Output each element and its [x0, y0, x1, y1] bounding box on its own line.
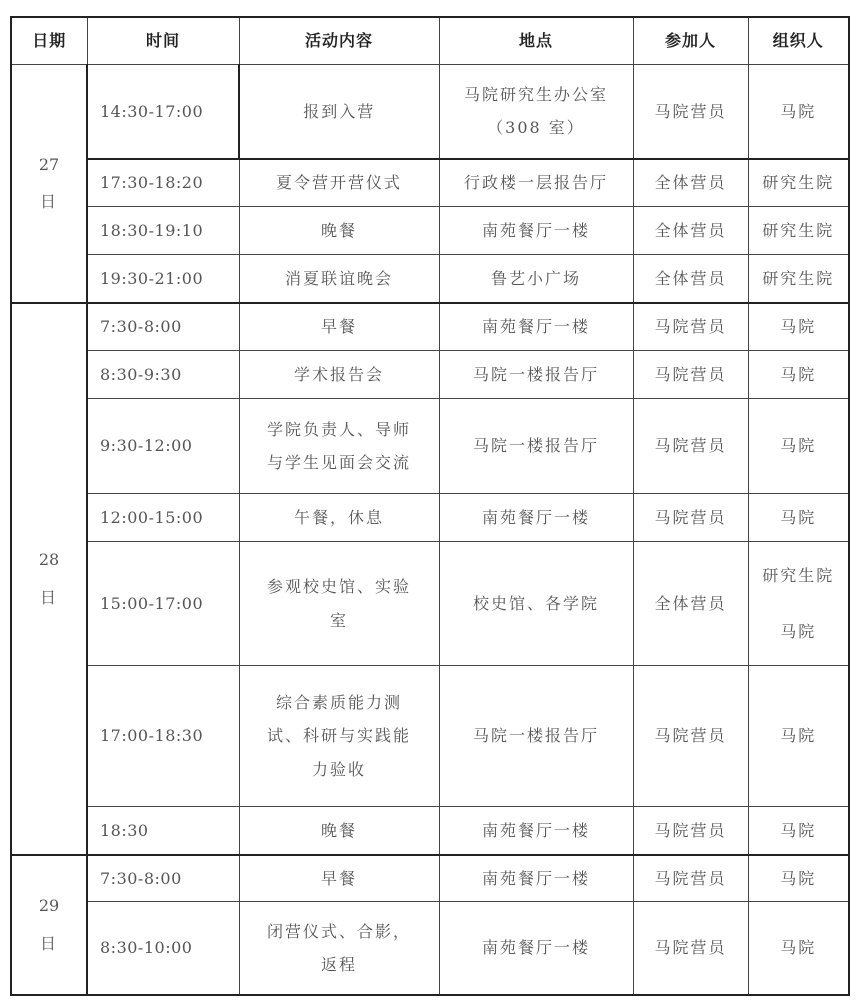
date-cell-28: 28 日: [11, 303, 87, 855]
activity-line: 报到入营: [240, 102, 439, 121]
date-unit: 日: [12, 588, 86, 607]
activity-cell: 学术报告会: [239, 351, 439, 399]
table-row: 29 日 7:30-8:00 早餐 南苑餐厅一楼 马院营员 马院: [11, 855, 849, 902]
time-cell: 18:30-19:10: [87, 207, 239, 255]
date-unit: 日: [12, 192, 86, 211]
participants-cell: 马院营员: [633, 807, 748, 855]
location-cell: 南苑餐厅一楼: [439, 303, 633, 351]
time-cell: 17:00-18:30: [87, 666, 239, 807]
location-cell: 马院一楼报告厅: [439, 666, 633, 807]
organizer-cell: 研究生院: [748, 159, 849, 207]
activity-cell: 早餐: [239, 855, 439, 902]
time-cell: 14:30-17:00: [87, 65, 239, 159]
location-cell: 行政楼一层报告厅: [439, 159, 633, 207]
table-row: 15:00-17:00 参观校史馆、实验室 校史馆、各学院 全体营员 研究生院马…: [11, 542, 849, 666]
date-number: 29: [12, 896, 86, 915]
date-cell-29: 29 日: [11, 855, 87, 995]
table-row: 19:30-21:00 消夏联谊晚会 鲁艺小广场 全体营员 研究生院: [11, 255, 849, 303]
participants-cell: 全体营员: [633, 542, 748, 666]
location-cell: 南苑餐厅一楼: [439, 494, 633, 542]
time-cell: 19:30-21:00: [87, 255, 239, 303]
table-row: 17:00-18:30 综合素质能力测试、科研与实践能力验收 马院一楼报告厅 马…: [11, 666, 849, 807]
activity-cell: 晚餐: [239, 807, 439, 855]
date-number: 27: [12, 155, 86, 174]
time-cell: 18:30: [87, 807, 239, 855]
organizer-cell: 马院: [748, 807, 849, 855]
participants-cell: 全体营员: [633, 255, 748, 303]
time-cell: 7:30-8:00: [87, 303, 239, 351]
participants-cell: 马院营员: [633, 902, 748, 995]
table-row: 27 日 14:30-17:00 报到入营 马院研究生办公室（308 室） 马院…: [11, 65, 849, 159]
time-cell: 7:30-8:00: [87, 855, 239, 902]
activity-cell: 闭营仪式、合影，返程: [239, 902, 439, 995]
time-cell: 9:30-12:00: [87, 399, 239, 494]
location-cell: 南苑餐厅一楼: [439, 855, 633, 902]
participants-cell: 马院营员: [633, 494, 748, 542]
organizer-cell: 马院: [748, 855, 849, 902]
table-row: 8:30-9:30 学术报告会 马院一楼报告厅 马院营员 马院: [11, 351, 849, 399]
organizer-cell: 马院: [748, 65, 849, 159]
organizer-cell: 马院: [748, 303, 849, 351]
organizer-line: 研究生院: [749, 566, 849, 585]
table-row: 18:30-19:10 晚餐 南苑餐厅一楼 全体营员 研究生院: [11, 207, 849, 255]
table-row: 17:30-18:20 夏令营开营仪式 行政楼一层报告厅 全体营员 研究生院: [11, 159, 849, 207]
header-row: 日期 时间 活动内容 地点 参加人 组织人: [11, 17, 849, 65]
location-cell: 南苑餐厅一楼: [439, 902, 633, 995]
organizer-cell: 马院: [748, 399, 849, 494]
activity-line: 与学生见面会交流: [240, 453, 439, 472]
activity-cell: 早餐: [239, 303, 439, 351]
location-cell: 马院一楼报告厅: [439, 399, 633, 494]
participants-cell: 马院营员: [633, 666, 748, 807]
activity-line: 闭营仪式、合影，: [240, 922, 439, 941]
activity-cell: 参观校史馆、实验室: [239, 542, 439, 666]
organizer-cell: 马院: [748, 351, 849, 399]
table-row: 8:30-10:00 闭营仪式、合影，返程 南苑餐厅一楼 马院营员 马院: [11, 902, 849, 995]
participants-cell: 马院营员: [633, 303, 748, 351]
date-unit: 日: [12, 934, 86, 953]
table-row: 28 日 7:30-8:00 早餐 南苑餐厅一楼 马院营员 马院: [11, 303, 849, 351]
header-organizer: 组织人: [748, 17, 849, 65]
participants-cell: 马院营员: [633, 65, 748, 159]
activity-cell: 晚餐: [239, 207, 439, 255]
organizer-cell: 研究生院: [748, 255, 849, 303]
header-activity: 活动内容: [239, 17, 439, 65]
organizer-cell: 马院: [748, 494, 849, 542]
location-cell: 马院一楼报告厅: [439, 351, 633, 399]
activity-line: 参观校史馆、实验: [240, 577, 439, 596]
time-cell: 8:30-9:30: [87, 351, 239, 399]
time-cell: 8:30-10:00: [87, 902, 239, 995]
organizer-cell: 马院: [748, 902, 849, 995]
header-time: 时间: [87, 17, 239, 65]
participants-cell: 全体营员: [633, 159, 748, 207]
activity-cell: 报到入营: [239, 65, 439, 159]
activity-cell: 消夏联谊晚会: [239, 255, 439, 303]
location-cell: 校史馆、各学院: [439, 542, 633, 666]
table-row: 12:00-15:00 午餐，休息 南苑餐厅一楼 马院营员 马院: [11, 494, 849, 542]
location-cell: 南苑餐厅一楼: [439, 207, 633, 255]
activity-line: 试、科研与实践能: [240, 726, 439, 745]
table-row: 9:30-12:00 学院负责人、导师与学生见面会交流 马院一楼报告厅 马院营员…: [11, 399, 849, 494]
activity-line: 返程: [240, 955, 439, 974]
participants-cell: 马院营员: [633, 855, 748, 902]
header-location: 地点: [439, 17, 633, 65]
date-number: 28: [12, 550, 86, 569]
header-date: 日期: [11, 17, 87, 65]
organizer-line: 马院: [749, 622, 849, 641]
header-participants: 参加人: [633, 17, 748, 65]
activity-cell: 夏令营开营仪式: [239, 159, 439, 207]
activity-line: 力验收: [240, 760, 439, 779]
activity-cell: 午餐，休息: [239, 494, 439, 542]
organizer-cell: 研究生院马院: [748, 542, 849, 666]
participants-cell: 全体营员: [633, 207, 748, 255]
activity-line: 综合素质能力测: [240, 693, 439, 712]
location-cell: 马院研究生办公室（308 室）: [439, 65, 633, 159]
activity-line: 室: [240, 611, 439, 630]
time-cell: 15:00-17:00: [87, 542, 239, 666]
activity-line: 学院负责人、导师: [240, 420, 439, 439]
schedule-table: 日期 时间 活动内容 地点 参加人 组织人 27 日 14:30-17:00 报…: [10, 16, 850, 996]
location-cell: 鲁艺小广场: [439, 255, 633, 303]
organizer-cell: 马院: [748, 666, 849, 807]
table-row: 18:30 晚餐 南苑餐厅一楼 马院营员 马院: [11, 807, 849, 855]
activity-cell: 学院负责人、导师与学生见面会交流: [239, 399, 439, 494]
time-cell: 12:00-15:00: [87, 494, 239, 542]
date-cell-27: 27 日: [11, 65, 87, 303]
time-cell: 17:30-18:20: [87, 159, 239, 207]
participants-cell: 马院营员: [633, 399, 748, 494]
location-line: （308 室）: [440, 118, 633, 137]
location-line: 马院研究生办公室: [440, 85, 633, 104]
participants-cell: 马院营员: [633, 351, 748, 399]
location-cell: 南苑餐厅一楼: [439, 807, 633, 855]
organizer-cell: 研究生院: [748, 207, 849, 255]
activity-cell: 综合素质能力测试、科研与实践能力验收: [239, 666, 439, 807]
